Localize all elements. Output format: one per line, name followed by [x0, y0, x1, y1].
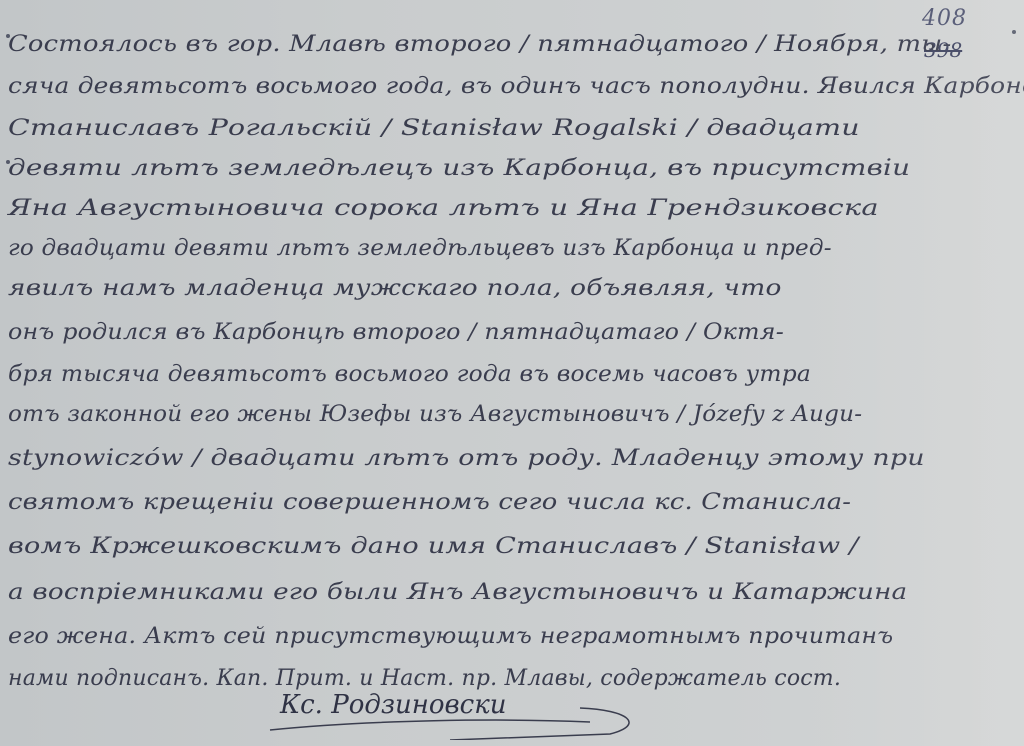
- margin-mark: [1012, 30, 1016, 34]
- text-line: отъ законной его жены Юзефы изъ Августын…: [8, 402, 862, 427]
- document-page: 408 398 Состоялось въ гор. Млавѣ второго…: [0, 0, 1024, 746]
- signature: Кс. Родзиновски: [280, 690, 507, 720]
- text-line: Состоялось въ гор. Млавѣ второго / пятна…: [8, 32, 951, 57]
- text-line: онъ родился въ Карбонцѣ второго / пятнад…: [8, 320, 784, 345]
- text-line: девяти лѣтъ земледѣлецъ изъ Карбонца, въ…: [8, 156, 910, 181]
- text-line: го двадцати девяти лѣтъ земледѣльцевъ из…: [8, 236, 832, 261]
- text-line: сяча девятьсотъ восьмого года, въ одинъ …: [8, 74, 1024, 99]
- text-line: явилъ намъ младенца мужскаго пола, объяв…: [8, 276, 782, 301]
- text-line: Станиславъ Рогальскій / Stanisław Rogals…: [8, 116, 860, 141]
- text-line: святомъ крещеніи совершенномъ сего числа…: [8, 490, 851, 515]
- text-line: а воспріемниками его были Янъ Августынов…: [8, 580, 907, 605]
- text-line: бря тысяча девятьсотъ восьмого года въ в…: [8, 362, 811, 387]
- text-line: stynowiczów / двадцати лѣтъ отъ роду. Мл…: [8, 446, 925, 471]
- page-number: 408: [922, 6, 967, 31]
- text-line: нами подписанъ. Кап. Прит. и Наст. пр. М…: [8, 666, 841, 691]
- text-line: вомъ Кржешковскимъ дано имя Станиславъ /…: [8, 534, 859, 559]
- text-line: Яна Августыновича сорока лѣтъ и Яна Грен…: [8, 196, 879, 221]
- text-line: его жена. Актъ сей присутствующимъ негра…: [8, 624, 893, 649]
